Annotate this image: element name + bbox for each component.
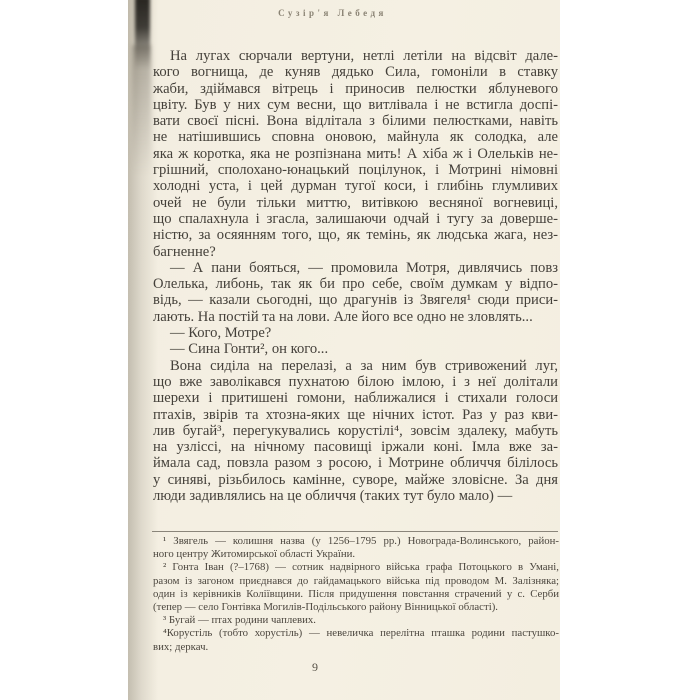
body-text-line: цвіту. Був у них сум весни, що витлівала… xyxy=(153,97,558,113)
scanned-book-spread: { "page": { "header": "Сузір'я Лебедя", … xyxy=(0,0,700,700)
body-text-line: у синяві, різьбилось камінне, суворе, ма… xyxy=(153,472,558,488)
body-text-line: яка ж коротка, яка не розпізнана мить! А… xyxy=(153,146,558,162)
footnotes-block: ¹ Звягель — колишня назва (у 1256–1795 р… xyxy=(153,535,559,654)
body-text-line: ймала сад, повзла разом з росою, і Мотри… xyxy=(153,455,558,471)
body-text-line: вати своєї пісні. Вона відлітала з білим… xyxy=(153,113,558,129)
body-text-line: — Сина Гонти², он кого... xyxy=(153,341,558,357)
body-text-line: Олелька, либонь, так як би про себе, сво… xyxy=(153,276,558,292)
book-spine-fade xyxy=(132,45,151,175)
body-text-line: що спалахнула і згасла, залишаючи одчай … xyxy=(153,211,558,227)
page-number: 9 xyxy=(300,660,330,675)
body-text-line: грішний, сполохано-юнацький поцілунок, і… xyxy=(153,162,558,178)
footnote-divider xyxy=(152,531,558,532)
body-text-line: відь, — казали сьогодні, що драгунів із … xyxy=(153,292,558,308)
body-text-line: лають. На постій та на лови. Але його вс… xyxy=(153,309,558,325)
body-text-block: На лугах сюрчали вертуни, нетлі летіли н… xyxy=(153,48,558,504)
body-text-line: ністю, за осяянням того, що, як темінь, … xyxy=(153,227,558,243)
footnote-line: ² Гонта Іван (?–1768) — сотник надвірног… xyxy=(153,561,559,574)
footnote-line: разом із загоном приєднався до гайдамаць… xyxy=(153,575,559,588)
body-text-line: що вже заволікався пухнатою білою імлою,… xyxy=(153,374,558,390)
body-text-line: жаби, здіймався вітрець і приносив пелюс… xyxy=(153,81,558,97)
body-text-line: кого вогнища, де куняв дядько Сила, гомо… xyxy=(153,64,558,80)
body-text-line: птахів, звірів та хтозна-яких ще нічних … xyxy=(153,407,558,423)
body-text-line: люди задивлялись на це обличчя (таких ту… xyxy=(153,488,558,504)
body-text-line: Вона сиділа на перелазі, а за ним був ст… xyxy=(153,358,558,374)
body-text-line: очей не були тільки миттю, витівкою весн… xyxy=(153,195,558,211)
body-text-line: шерехи і притишені гомони, наближалися і… xyxy=(153,390,558,406)
footnote-line: ¹ Звягель — колишня назва (у 1256–1795 р… xyxy=(153,535,559,548)
footnote-line: ного центру Житомирської області України… xyxy=(153,548,559,561)
body-text-line: на узліссі, на нічному пасовищі іржали к… xyxy=(153,439,558,455)
body-text-line: не натішившись сповна оновою, майнула як… xyxy=(153,129,558,145)
body-text-line: — Кого, Мотре? xyxy=(153,325,558,341)
footnote-line: ³ Бугай — птах родини чаплевих. xyxy=(153,614,559,627)
footnote-line: (тепер — село Гонтівка Могилів-Подільськ… xyxy=(153,601,559,614)
footnote-line: ⁴Корустіль (тобто хорустіль) — невеличка… xyxy=(153,627,559,640)
footnote-line: один із керівників Коліївщини. Після при… xyxy=(153,588,559,601)
body-text-line: лив бугай³, перегукувались корустілі⁴, з… xyxy=(153,423,558,439)
body-text-line: холодні уста, і цей дурман тугої коси, і… xyxy=(153,178,558,194)
running-header-title: Сузір'я Лебедя xyxy=(130,8,535,18)
body-text-line: багненне? xyxy=(153,244,558,260)
body-text-line: На лугах сюрчали вертуни, нетлі летіли н… xyxy=(153,48,558,64)
body-text-line: — А пани бояться, — промовила Мотря, див… xyxy=(153,260,558,276)
footnote-line: вих; деркач. xyxy=(153,641,559,654)
